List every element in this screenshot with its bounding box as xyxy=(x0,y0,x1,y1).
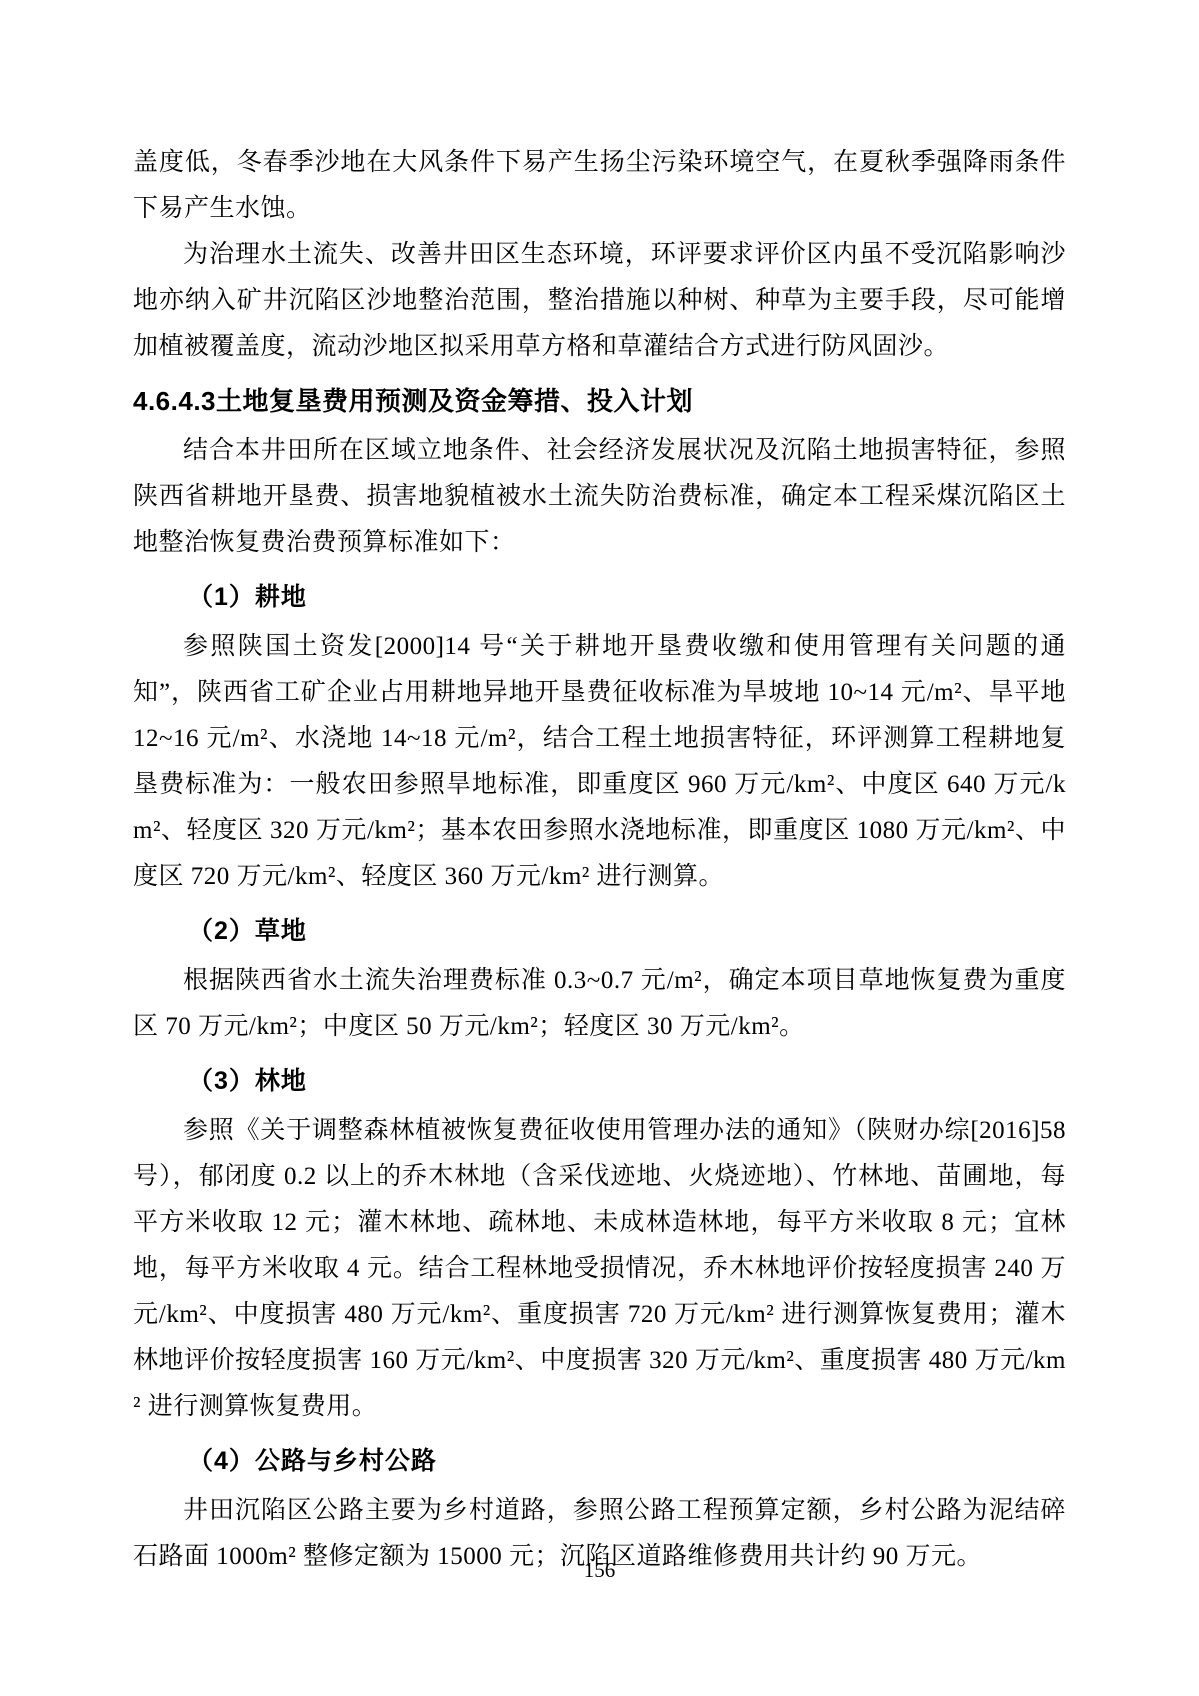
subheading-cultivated-land: （1）耕地 xyxy=(133,574,1066,620)
subheading-roads: （4）公路与乡村公路 xyxy=(133,1438,1066,1484)
subheading-forest-land: （3）林地 xyxy=(133,1058,1066,1104)
document-body: 盖度低，冬春季沙地在大风条件下易产生扬尘污染环境空气，在夏秋季强降雨条件下易产生… xyxy=(133,140,1066,1580)
document-page: 盖度低，冬春季沙地在大风条件下易产生扬尘污染环境空气，在夏秋季强降雨条件下易产生… xyxy=(0,0,1199,1696)
page-number: 156 xyxy=(0,1556,1199,1584)
section-heading-4-6-4-3: 4.6.4.3土地复垦费用预测及资金筹措、投入计划 xyxy=(133,378,1066,424)
subheading-grassland: （2）草地 xyxy=(133,908,1066,954)
body-paragraph-grassland-fees: 根据陕西省水土流失治理费标准 0.3~0.7 元/m²，确定本项目草地恢复费为重… xyxy=(133,958,1066,1050)
body-paragraph-sand-control: 为治理水土流失、改善井田区生态环境，环评要求评价区内虽不受沉陷影响沙地亦纳入矿井… xyxy=(133,232,1066,370)
body-paragraph-dust-erosion: 盖度低，冬春季沙地在大风条件下易产生扬尘污染环境空气，在夏秋季强降雨条件下易产生… xyxy=(133,140,1066,232)
body-paragraph-forest-land-fees: 参照《关于调整森林植被恢复费征收使用管理办法的通知》（陕财办综[2016]58 … xyxy=(133,1108,1066,1430)
body-paragraph-cultivated-land-fees: 参照陕国土资发[2000]14 号“关于耕地开垦费收缴和使用管理有关问题的通知”… xyxy=(133,624,1066,900)
body-paragraph-cost-standard-intro: 结合本井田所在区域立地条件、社会经济发展状况及沉陷土地损害特征，参照陕西省耕地开… xyxy=(133,428,1066,566)
